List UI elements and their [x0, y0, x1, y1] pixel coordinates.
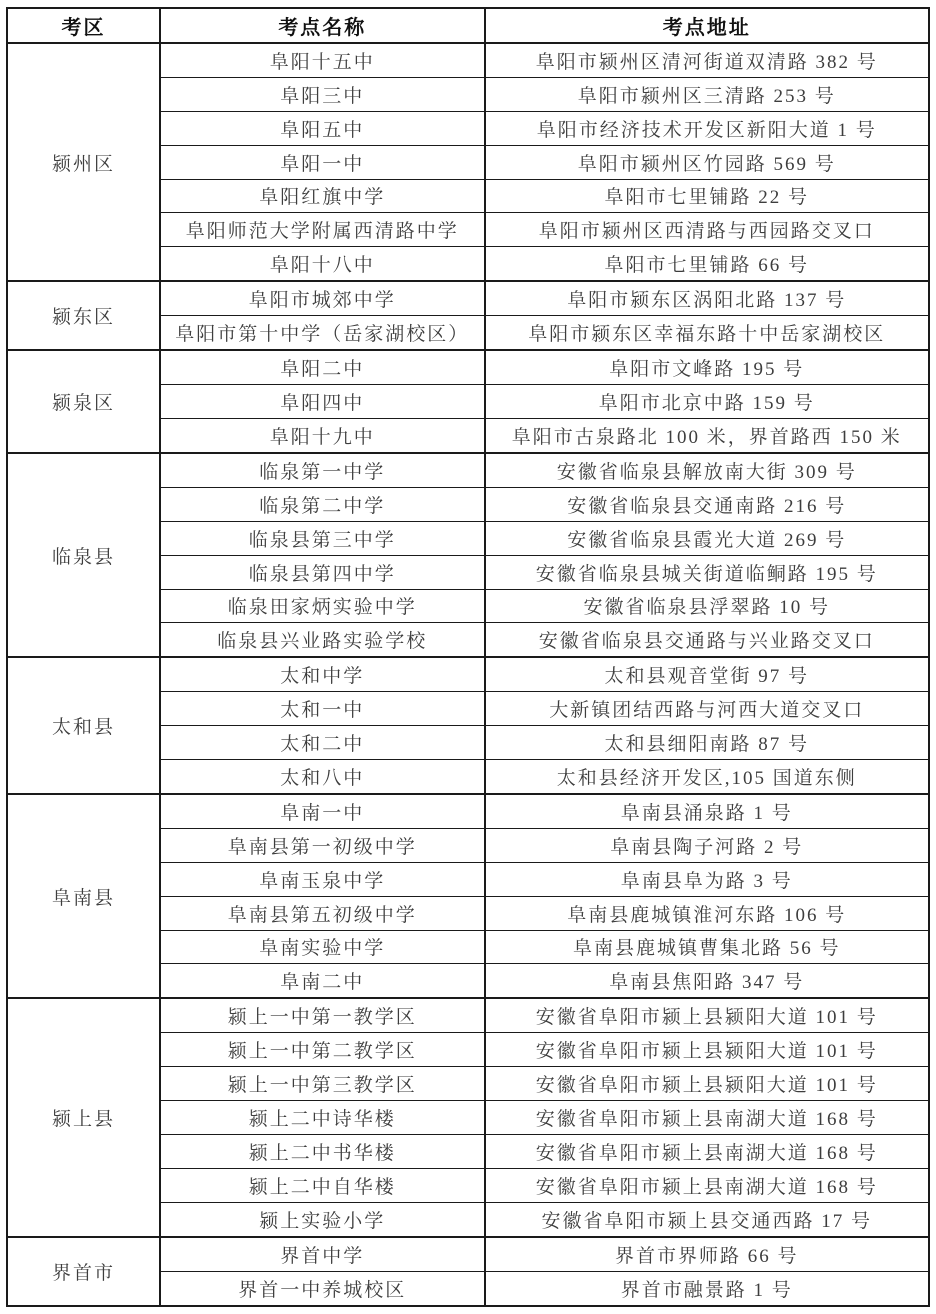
site-name-cell: 阜阳二中: [160, 350, 485, 384]
district-cell: 界首市: [7, 1237, 160, 1306]
table-row: 颍州区阜阳十五中阜阳市颍州区清河街道双清路 382 号: [7, 43, 929, 77]
site-address-cell: 阜南县陶子河路 2 号: [485, 828, 929, 862]
site-name-cell: 临泉第二中学: [160, 487, 485, 521]
site-name-cell: 太和八中: [160, 760, 485, 794]
site-address-cell: 安徽省阜阳市颍上县颍阳大道 101 号: [485, 1067, 929, 1101]
site-address-cell: 阜南县焦阳路 347 号: [485, 964, 929, 998]
site-address-cell: 安徽省阜阳市颍上县交通西路 17 号: [485, 1202, 929, 1236]
table-row: 颍泉区阜阳二中阜阳市文峰路 195 号: [7, 350, 929, 384]
site-name-cell: 阜阳五中: [160, 111, 485, 145]
district-cell: 临泉县: [7, 453, 160, 657]
table-header-row: 考区 考点名称 考点地址: [7, 8, 929, 43]
table-row: 阜南县阜南一中阜南县涌泉路 1 号: [7, 794, 929, 828]
site-name-cell: 阜阳市第十中学（岳家湖校区）: [160, 316, 485, 350]
site-address-cell: 阜南县阜为路 3 号: [485, 862, 929, 896]
site-name-cell: 界首中学: [160, 1237, 485, 1271]
site-name-cell: 临泉第一中学: [160, 453, 485, 487]
site-name-cell: 阜阳十九中: [160, 419, 485, 453]
table-row: 临泉县临泉第一中学安徽省临泉县解放南大街 309 号: [7, 453, 929, 487]
site-address-cell: 阜阳市颍东区幸福东路十中岳家湖校区: [485, 316, 929, 350]
site-name-cell: 太和二中: [160, 726, 485, 760]
site-name-cell: 阜阳红旗中学: [160, 179, 485, 213]
site-address-cell: 阜阳市经济技术开发区新阳大道 1 号: [485, 111, 929, 145]
site-address-cell: 阜阳市北京中路 159 号: [485, 385, 929, 419]
site-name-cell: 阜南二中: [160, 964, 485, 998]
site-name-cell: 颍上一中第二教学区: [160, 1033, 485, 1067]
site-address-cell: 阜阳市颍州区三清路 253 号: [485, 77, 929, 111]
site-name-cell: 颍上一中第一教学区: [160, 998, 485, 1032]
site-address-cell: 太和县细阳南路 87 号: [485, 726, 929, 760]
column-header-site-name: 考点名称: [160, 8, 485, 43]
site-address-cell: 阜南县鹿城镇曹集北路 56 号: [485, 930, 929, 964]
document-page: 考区 考点名称 考点地址 颍州区阜阳十五中阜阳市颍州区清河街道双清路 382 号…: [0, 0, 936, 1314]
site-name-cell: 颍上一中第三教学区: [160, 1067, 485, 1101]
site-address-cell: 安徽省临泉县交通路与兴业路交叉口: [485, 623, 929, 657]
site-address-cell: 安徽省临泉县霞光大道 269 号: [485, 521, 929, 555]
site-address-cell: 界首市融景路 1 号: [485, 1271, 929, 1306]
site-address-cell: 阜阳市七里铺路 66 号: [485, 247, 929, 281]
site-address-cell: 安徽省临泉县解放南大街 309 号: [485, 453, 929, 487]
site-name-cell: 阜阳四中: [160, 385, 485, 419]
site-name-cell: 阜南实验中学: [160, 930, 485, 964]
district-cell: 太和县: [7, 657, 160, 794]
site-name-cell: 临泉县第四中学: [160, 555, 485, 589]
site-address-cell: 安徽省阜阳市颍上县颍阳大道 101 号: [485, 1033, 929, 1067]
site-name-cell: 阜南县第一初级中学: [160, 828, 485, 862]
site-address-cell: 阜阳市颍州区西清路与西园路交叉口: [485, 213, 929, 247]
column-header-site-address: 考点地址: [485, 8, 929, 43]
site-address-cell: 阜阳市颍州区竹园路 569 号: [485, 145, 929, 179]
site-address-cell: 安徽省阜阳市颍上县南湖大道 168 号: [485, 1101, 929, 1135]
site-name-cell: 颍上实验小学: [160, 1202, 485, 1236]
site-name-cell: 阜阳市城郊中学: [160, 281, 485, 315]
site-address-cell: 安徽省临泉县城关街道临鲖路 195 号: [485, 555, 929, 589]
site-address-cell: 阜阳市颍州区清河街道双清路 382 号: [485, 43, 929, 77]
site-address-cell: 安徽省临泉县浮翠路 10 号: [485, 589, 929, 623]
table-row: 颍东区阜阳市城郊中学阜阳市颍东区涡阳北路 137 号: [7, 281, 929, 315]
site-address-cell: 阜阳市古泉路北 100 米，界首路西 150 米: [485, 419, 929, 453]
district-cell: 颍州区: [7, 43, 160, 281]
site-address-cell: 安徽省临泉县交通南路 216 号: [485, 487, 929, 521]
site-name-cell: 阜南一中: [160, 794, 485, 828]
site-address-cell: 太和县观音堂街 97 号: [485, 657, 929, 691]
site-address-cell: 阜阳市颍东区涡阳北路 137 号: [485, 281, 929, 315]
site-address-cell: 阜阳市文峰路 195 号: [485, 350, 929, 384]
table-row: 颍上县颍上一中第一教学区安徽省阜阳市颍上县颍阳大道 101 号: [7, 998, 929, 1032]
site-name-cell: 颍上二中诗华楼: [160, 1101, 485, 1135]
district-cell: 颍泉区: [7, 350, 160, 453]
exam-sites-table: 考区 考点名称 考点地址 颍州区阜阳十五中阜阳市颍州区清河街道双清路 382 号…: [6, 7, 930, 1307]
site-address-cell: 阜南县涌泉路 1 号: [485, 794, 929, 828]
site-name-cell: 颍上二中书华楼: [160, 1134, 485, 1168]
exam-table-body: 颍州区阜阳十五中阜阳市颍州区清河街道双清路 382 号阜阳三中阜阳市颍州区三清路…: [7, 43, 929, 1306]
site-name-cell: 阜阳一中: [160, 145, 485, 179]
site-address-cell: 大新镇团结西路与河西大道交叉口: [485, 692, 929, 726]
site-name-cell: 阜阳三中: [160, 77, 485, 111]
site-name-cell: 阜南玉泉中学: [160, 862, 485, 896]
site-name-cell: 界首一中养城校区: [160, 1271, 485, 1306]
site-address-cell: 阜阳市七里铺路 22 号: [485, 179, 929, 213]
site-address-cell: 安徽省阜阳市颍上县南湖大道 168 号: [485, 1168, 929, 1202]
district-cell: 阜南县: [7, 794, 160, 998]
site-name-cell: 临泉县兴业路实验学校: [160, 623, 485, 657]
site-name-cell: 阜阳十八中: [160, 247, 485, 281]
table-row: 太和县太和中学太和县观音堂街 97 号: [7, 657, 929, 691]
site-name-cell: 太和一中: [160, 692, 485, 726]
district-cell: 颍上县: [7, 998, 160, 1236]
site-name-cell: 临泉县第三中学: [160, 521, 485, 555]
site-address-cell: 界首市界师路 66 号: [485, 1237, 929, 1271]
site-name-cell: 颍上二中自华楼: [160, 1168, 485, 1202]
site-address-cell: 太和县经济开发区,105 国道东侧: [485, 760, 929, 794]
site-name-cell: 阜阳十五中: [160, 43, 485, 77]
site-address-cell: 安徽省阜阳市颍上县颍阳大道 101 号: [485, 998, 929, 1032]
site-name-cell: 太和中学: [160, 657, 485, 691]
site-address-cell: 阜南县鹿城镇淮河东路 106 号: [485, 896, 929, 930]
site-name-cell: 阜南县第五初级中学: [160, 896, 485, 930]
district-cell: 颍东区: [7, 281, 160, 350]
site-address-cell: 安徽省阜阳市颍上县南湖大道 168 号: [485, 1134, 929, 1168]
site-name-cell: 临泉田家炳实验中学: [160, 589, 485, 623]
site-name-cell: 阜阳师范大学附属西清路中学: [160, 213, 485, 247]
column-header-district: 考区: [7, 8, 160, 43]
table-row: 界首市界首中学界首市界师路 66 号: [7, 1237, 929, 1271]
